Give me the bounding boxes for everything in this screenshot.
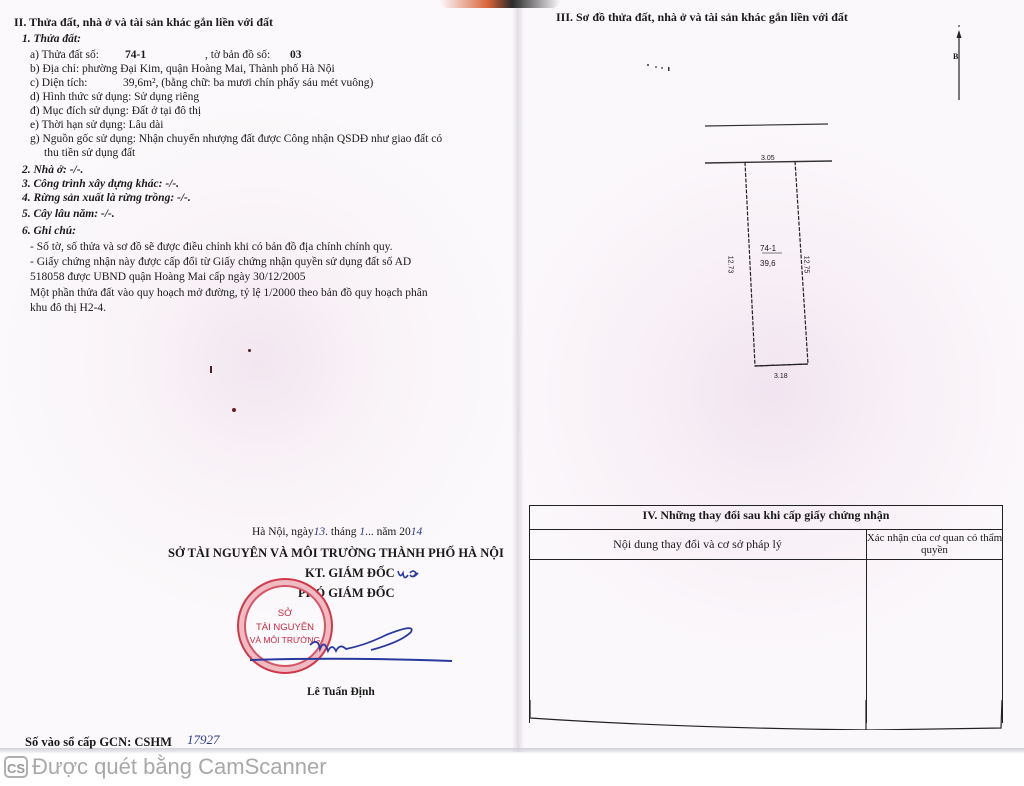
issuing-authority: SỞ TÀI NGUYÊN VÀ MÔI TRƯỜNG THÀNH PHỐ HÀ… [168, 547, 504, 560]
map-sheet-value: 03 [290, 49, 302, 62]
north-label: B [953, 50, 958, 63]
speck [210, 366, 212, 373]
section-iii-title: III. Sơ đồ thửa đất, nhà ở và tài sản kh… [556, 11, 848, 24]
scan-edge-shadow [440, 0, 560, 8]
usage-term: e) Thời hạn sử dụng: Lâu dài [30, 119, 163, 132]
land-parcel-heading: 1. Thửa đất: [22, 33, 81, 46]
initials-mark [395, 565, 425, 583]
production-forest-item: 4. Rừng sản xuất là rừng trồng: -/-. [22, 192, 191, 205]
specks [640, 55, 680, 75]
kt-director: KT. GIÁM ĐỐC [305, 567, 395, 580]
usage-origin-cont: thu tiền sử dụng đất [44, 147, 135, 160]
note-line: - Số tờ, số thửa và sơ đồ sẽ được điều c… [30, 241, 392, 254]
bottom-edge-length: 3.18 [774, 370, 788, 383]
top-edge-length: 3.05 [761, 152, 775, 165]
house-item: 2. Nhà ở: -/-. [22, 164, 83, 177]
date-year: 14 [411, 526, 423, 538]
parcel-area-label: 39,6 [760, 257, 776, 270]
table-divider [529, 529, 1003, 530]
register-label: Số vào sổ cấp GCN: CSHM [25, 736, 172, 749]
month-prefix: . tháng [325, 526, 356, 538]
notes-heading: 6. Ghi chú: [22, 225, 76, 238]
address-line: b) Địa chỉ: phường Đại Kim, quận Hoàng M… [30, 63, 335, 76]
register-number: 17927 [187, 733, 220, 746]
camscanner-watermark: CS Được quét bằng CamScanner [4, 752, 327, 782]
other-construction-item: 3. Công trình xây dựng khác: -/-. [22, 178, 179, 191]
date-day: 13 [314, 526, 326, 538]
note-line: - Giấy chứng nhận này được cấp đổi từ Gi… [30, 256, 411, 269]
date-prefix: Hà Nội, ngày [252, 526, 314, 538]
column-header-confirmation: Xác nhận của cơ quan có thẩm quyền [866, 532, 1003, 556]
usage-origin: g) Nguồn gốc sử dụng: Nhận chuyển nhượng… [30, 133, 442, 146]
changes-table: IV. Những thay đổi sau khi cấp giấy chứn… [529, 505, 1003, 723]
perennial-trees-item: 5. Cây lâu năm: -/-. [22, 208, 115, 221]
column-header-change-content: Nội dung thay đổi và cơ sở pháp lý [529, 537, 866, 552]
speck [248, 349, 251, 352]
table-column-divider [866, 529, 867, 723]
date-line: Hà Nội, ngày13. tháng 1... năm 2014 [252, 526, 422, 539]
parcel-id-label: 74-1 [760, 242, 776, 255]
camscanner-logo-icon: CS [4, 756, 28, 778]
signer-name: Lê Tuấn Định [307, 686, 375, 699]
map-sheet-label: , tờ bản đồ số: [205, 49, 270, 62]
table-divider [529, 559, 1003, 560]
note-line: Một phần thửa đất vào quy hoạch mở đường… [30, 287, 428, 300]
parcel-number-label: a) Thửa đất số: [30, 49, 99, 62]
area-value: 39,6m², (bằng chữ: ba mươi chín phẩy sáu… [123, 77, 373, 90]
area-label: c) Diện tích: [30, 77, 87, 90]
section-ii-title: II. Thửa đất, nhà ở và tài sản khác gắn … [14, 16, 273, 29]
note-line: khu đô thị H2-4. [30, 302, 106, 315]
right-edge-length: 12.75 [799, 256, 812, 274]
table-bottom-border [529, 700, 1005, 730]
left-edge-length: 12.73 [723, 256, 736, 274]
speck [232, 408, 236, 412]
watermark-text: Được quét bằng CamScanner [32, 754, 327, 780]
parcel-number-value: 74-1 [125, 49, 146, 62]
changes-table-title: IV. Những thay đổi sau khi cấp giấy chứn… [529, 508, 1003, 523]
usage-purpose: đ) Mục đích sử dụng: Đất ở tại đô thị [30, 105, 201, 118]
usage-form: d) Hình thức sử dụng: Sử dụng riêng [30, 91, 199, 104]
signature [240, 615, 460, 670]
page-fold [512, 0, 524, 752]
note-line: 518058 được UBND quận Hoàng Mai cấp ngày… [30, 271, 306, 284]
year-prefix: ... năm 20 [365, 526, 411, 538]
